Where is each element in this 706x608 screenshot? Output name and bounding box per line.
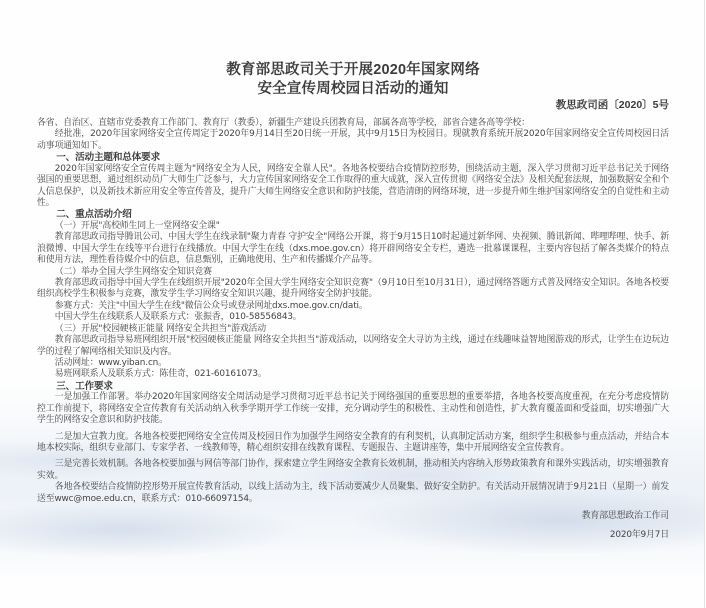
document-title-line-2: 安全宣传周校园日活动的通知 [37, 77, 669, 98]
document-body: 各省、自治区、直辖市党委教育工作部门、教育厅（教委），新疆生产建设兵团教育局，部… [37, 118, 669, 542]
salutation: 各省、自治区、直辖市党委教育工作部门、教育厅（教委），新疆生产建设兵团教育局，部… [37, 118, 669, 129]
subsection-3-paragraph: 教育部思政司指导易班网组织开展"校园硬核正能量 网络安全共担当"游戏活动，以网络… [37, 335, 669, 358]
subsection-2-contact: 中国大学生在线联系人及联系方式：张振香，010-58556843。 [37, 312, 669, 323]
section-heading-3: 三、工作要求 [37, 381, 669, 393]
document-title-line-1: 教育部思政司关于开展2020年国家网络 [37, 58, 669, 79]
issue-date: 2020年9月7日 [37, 530, 669, 541]
subsection-2-participation: 参赛方式：关注"中国大学生在线"微信公众号或登录网址dxs.moe.gov.cn… [37, 301, 669, 312]
signature: 教育部思想政治工作司 [37, 511, 669, 522]
subsection-3-contact: 易班网联系人及联系方式：陈佳奇，021-60161073。 [37, 369, 669, 380]
requirement-2-paragraph: 二是加大宣教力度。各地各校要把网络安全宣传周及校园日作为加强学生网络安全教育的有… [37, 432, 669, 455]
document-page: 教育部思政司关于开展2020年国家网络 安全宣传周校园日活动的通知 教思政司函〔… [0, 0, 705, 608]
requirement-1-paragraph: 一是加强工作部署。举办2020年国家网络安全周活动是学习贯彻习近平总书记关于网络… [37, 392, 669, 426]
document-number: 教思政司函〔2020〕5号 [556, 97, 669, 112]
intro-paragraph: 经批准，2020年国家网络安全宣传周定于2020年9月14日至20日统一开展，其… [37, 129, 669, 152]
subsection-1-paragraph: 教育部思政司指导腾讯公司、中国大学生在线录制"聚力青春 守护安全"网络公开课，将… [37, 232, 669, 266]
requirement-3-paragraph: 三是完善长效机制。各地各校要加强与网信等部门协作，探索建立学生网络安全教育长效机… [37, 459, 669, 482]
subsection-2-paragraph: 教育部思政司指导中国大学生在线组织开展"2020年全国大学生网络安全知识竞赛"（… [37, 278, 669, 301]
subsection-heading-3: （三）开展"校园硬核正能量 网络安全共担当"游戏活动 [37, 324, 669, 335]
subsection-3-website: 活动网址：www.yiban.cn。 [37, 358, 669, 369]
subsection-heading-1: （一）开展"高校师生同上一堂网络安全课" [37, 221, 669, 232]
section-1-paragraph: 2020年国家网络安全宣传周主题为"网络安全为人民，网络安全靠人民"。各地各校要… [37, 164, 669, 210]
subsection-heading-2: （二）举办全国大学生网络安全知识竞赛 [37, 267, 669, 278]
section-heading-2: 二、重点活动介绍 [37, 209, 669, 221]
closing-paragraph: 各地各校要结合疫情防控形势开展宣传教育活动，以线上活动为主，线下活动要减少人员聚… [37, 482, 669, 505]
section-heading-1: 一、活动主题和总体要求 [37, 152, 669, 164]
